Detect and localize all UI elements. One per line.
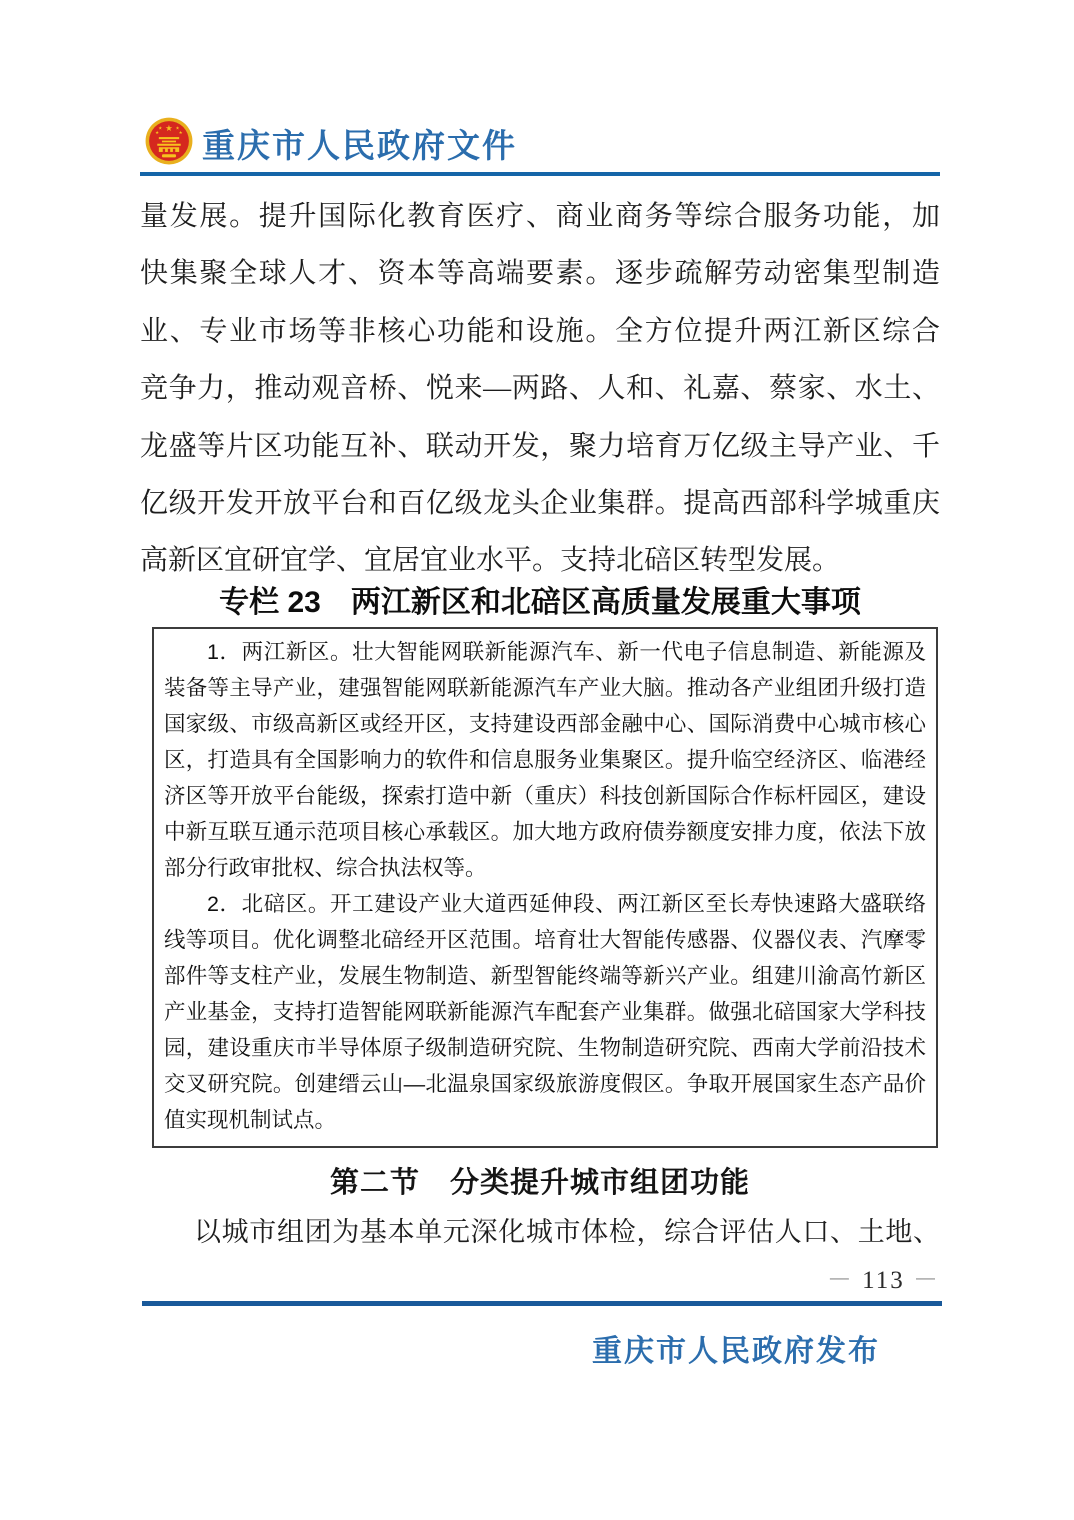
page-number-value: 113: [862, 1267, 905, 1294]
body-paragraph: 量发展。提升国际化教育医疗、商业商务等综合服务功能，加快集聚全球人才、资本等高端…: [140, 188, 940, 590]
page-number-dash-left: －: [827, 1267, 854, 1294]
section-paragraph: 以城市组团为基本单元深化城市体检，综合评估人口、土地、: [140, 1212, 940, 1252]
footer-divider: [142, 1301, 942, 1306]
column-box-paragraph: 2．北碚区。开工建设产业大道西延伸段、两江新区至长寿快速路大盛联络线等项目。优化…: [164, 886, 926, 1138]
column-box-paragraph: 1．两江新区。壮大智能网联新能源汽车、新一代电子信息制造、新能源及装备等主导产业…: [164, 634, 926, 886]
publisher-label: 重庆市人民政府发布: [140, 1326, 880, 1370]
body-line: 竞争力，推动观音桥、悦来—两路、人和、礼嘉、蔡家、水土、: [140, 360, 940, 417]
document-header: ★ ★ ★ ★ ★ 重庆市人民政府文件: [140, 114, 940, 170]
body-line: 业、专业市场等非核心功能和设施。全方位提升两江新区综合: [140, 303, 940, 360]
body-line: 亿级开发开放平台和百亿级龙头企业集群。提高西部科学城重庆: [140, 475, 940, 532]
svg-text:★: ★: [165, 123, 173, 133]
column-box: 1．两江新区。壮大智能网联新能源汽车、新一代电子信息制造、新能源及装备等主导产业…: [152, 627, 938, 1148]
body-line: 龙盛等片区功能互补、联动开发，聚力培育万亿级主导产业、千: [140, 418, 940, 475]
national-emblem-icon: ★ ★ ★ ★ ★: [144, 116, 194, 166]
page-number-dash-right: －: [913, 1267, 940, 1294]
section-heading: 第二节 分类提升城市组团功能: [140, 1160, 940, 1201]
document-type-title: 重庆市人民政府文件: [202, 120, 517, 167]
body-line: 量发展。提升国际化教育医疗、商业商务等综合服务功能，加: [140, 188, 940, 245]
header-divider: [140, 172, 940, 176]
document-page: ★ ★ ★ ★ ★ 重庆市人民政府文件 量发展。提升国际化教育医疗、商业商务等综…: [0, 0, 1074, 1520]
column-box-title: 专栏 23 两江新区和北碚区高质量发展重大事项: [140, 577, 940, 621]
body-line: 快集聚全球人才、资本等高端要素。逐步疏解劳动密集型制造: [140, 245, 940, 302]
page-number: － 113 －: [140, 1260, 940, 1296]
